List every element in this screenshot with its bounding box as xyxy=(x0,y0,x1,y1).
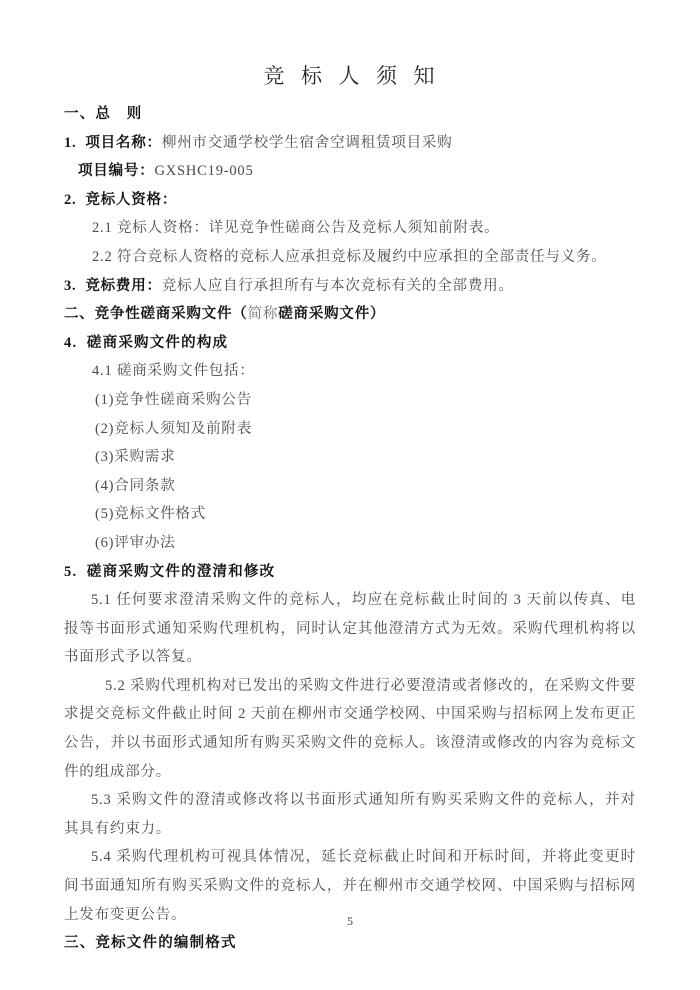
project-name-label: 1. 项目名称： xyxy=(64,135,162,151)
document-title: 竞 标 人 须 知 xyxy=(64,60,636,92)
qualification-heading-line: 2. 竞标人资格： xyxy=(64,186,636,215)
heading-document-composition: 4. 磋商采购文件的构成 xyxy=(64,329,636,358)
page-number: 5 xyxy=(0,914,700,929)
project-name-line: 1. 项目名称：柳州市交通学校学生宿舍空调租赁项目采购 xyxy=(64,129,636,158)
clause-5-1-paragraph: 5.1 任何要求澄清采购文件的竞标人，均应在竞标截止时间的 3 天前以传真、电报… xyxy=(64,586,636,672)
bid-cost-value: 竞标人应自行承担所有与本次竞标有关的全部费用。 xyxy=(162,278,514,294)
project-number-label: 项目编号： xyxy=(78,163,155,179)
bid-cost-label: 3. 竞标费用： xyxy=(64,278,162,294)
project-number-line: 项目编号：GXSHC19-005 xyxy=(64,157,636,186)
composition-intro: 4.1 磋商采购文件包括： xyxy=(64,357,636,386)
project-number-value: GXSHC19-005 xyxy=(155,163,254,179)
composition-list-item-6: (6)评审办法 xyxy=(64,529,636,558)
heading-part2-post: 磋商采购文件） xyxy=(278,306,385,322)
clause-2-1: 2.1 竞标人资格：详见竞争性磋商公告及竞标人须知前附表。 xyxy=(64,214,636,243)
heading-part2-light: 简称 xyxy=(248,306,279,322)
composition-list-item-4: (4)合同条款 xyxy=(64,472,636,501)
heading-bid-document-format: 三、竞标文件的编制格式 xyxy=(64,929,636,958)
heading-part2-pre: 二、竞争性磋商采购文件（ xyxy=(64,306,248,322)
heading-procurement-documents: 二、竞争性磋商采购文件（简称磋商采购文件） xyxy=(64,300,636,329)
clause-5-2-paragraph: 5.2 采购代理机构对已发出的采购文件进行必要澄清或者修改的，在采购文件要求提交… xyxy=(64,672,636,786)
document-page: 竞 标 人 须 知 一、总 则 1. 项目名称：柳州市交通学校学生宿舍空调租赁项… xyxy=(0,0,700,990)
heading-clarification-amendment: 5. 磋商采购文件的澄清和修改 xyxy=(64,558,636,587)
composition-list-item-2: (2)竞标人须知及前附表 xyxy=(64,415,636,444)
project-name-value: 柳州市交通学校学生宿舍空调租赁项目采购 xyxy=(162,135,453,151)
composition-list-item-1: (1)竞争性磋商采购公告 xyxy=(64,386,636,415)
composition-list-item-3: (3)采购需求 xyxy=(64,443,636,472)
qualification-heading: 2. 竞标人资格： xyxy=(64,192,177,208)
heading-general-provisions: 一、总 则 xyxy=(64,100,636,129)
clause-2-2: 2.2 符合竞标人资格的竞标人应承担竞标及履约中应承担的全部责任与义务。 xyxy=(64,243,636,272)
clause-5-3-paragraph: 5.3 采购文件的澄清或修改将以书面形式通知所有购买采购文件的竞标人，并对其具有… xyxy=(64,786,636,843)
composition-list-item-5: (5)竞标文件格式 xyxy=(64,500,636,529)
bid-cost-line: 3. 竞标费用：竞标人应自行承担所有与本次竞标有关的全部费用。 xyxy=(64,272,636,301)
